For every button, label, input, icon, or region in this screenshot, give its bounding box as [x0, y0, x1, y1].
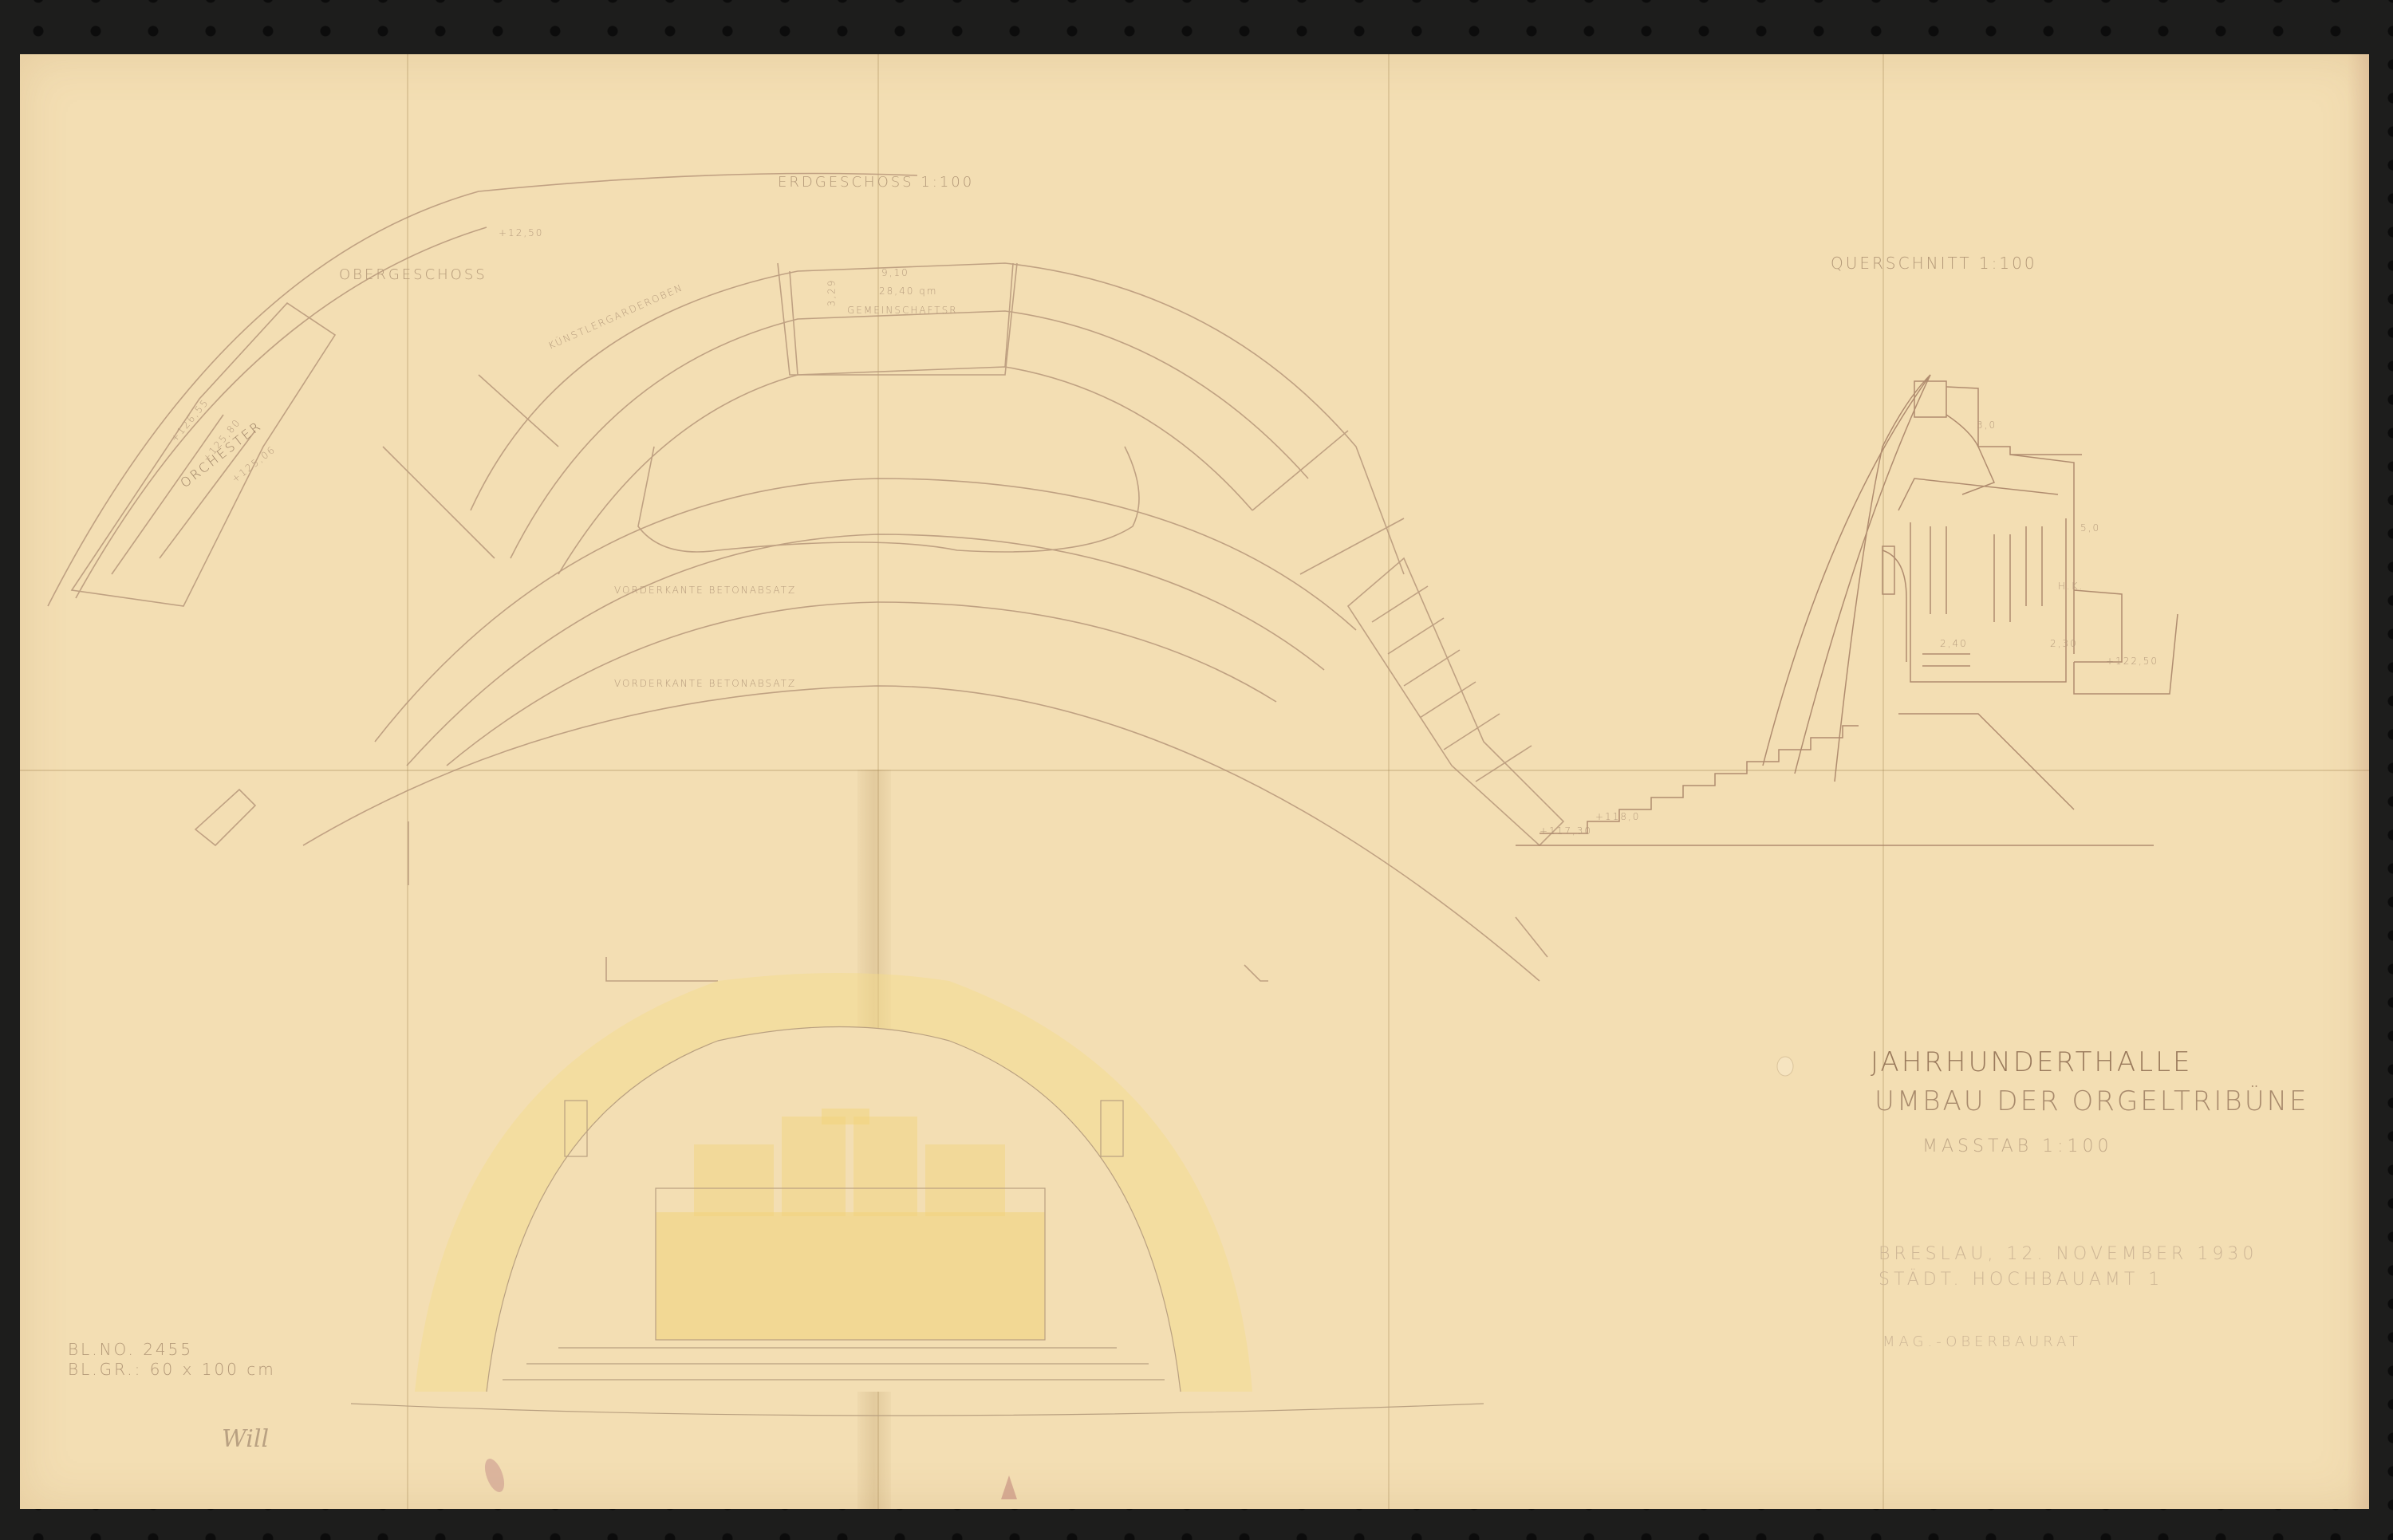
title-signatory: MAG.-OBERBAURAT: [1882, 1333, 2082, 1350]
initials-signature: Will: [222, 1425, 269, 1453]
room-area: 28,40 qm: [879, 286, 937, 297]
section-room-label: H.K.: [2058, 581, 2084, 592]
cross-section-label: QUERSCHNITT 1:100: [1831, 254, 2037, 273]
title-place-date: BRESLAU, 12. NOVEMBER 1930: [1879, 1244, 2257, 1264]
section-level-1: +122,50: [2106, 656, 2158, 667]
section-level-3: +117,30: [1539, 825, 1592, 837]
section-level-2: +118,0: [1595, 811, 1640, 822]
title-project: JAHRHUNDERTHALLE: [1871, 1046, 2193, 1078]
title-subject: UMBAU DER ORGELTRIBÜNE: [1875, 1085, 2309, 1117]
title-scale: MASSTAB 1:100: [1922, 1136, 2113, 1156]
concrete-edge-label-2: VORDERKANTE BETONABSATZ: [614, 678, 796, 689]
section-dimension-2: 5,0: [2080, 522, 2100, 534]
room-width-dimension: 9,10: [881, 267, 909, 278]
upper-floor-level: +12,50: [499, 227, 543, 238]
sheet-size: BL.GR.: 60 x 100 cm: [68, 1360, 276, 1379]
upper-floor-label: OBERGESCHOSS: [339, 266, 487, 283]
concrete-edge-label-1: VORDERKANTE BETONABSATZ: [614, 585, 796, 596]
ground-floor-label: ERDGESCHOSS 1:100: [778, 174, 974, 191]
outer-arc: [48, 174, 917, 607]
organ-elevation: [351, 973, 1484, 1416]
section-dimension-4: 2,30: [2050, 638, 2078, 649]
section-dimension-3: 2,40: [1940, 638, 1968, 649]
common-room-label: GEMEINSCHAFTSR.: [847, 305, 962, 316]
title-office: STÄDT. HOCHBAUAMT 1: [1879, 1270, 2163, 1290]
architectural-linework: [0, 0, 2393, 1540]
section-dimension-1: 3,0: [1977, 419, 1997, 431]
sheet-number: BL.NO. 2455: [68, 1340, 193, 1359]
room-depth-dimension: 3,29: [826, 279, 837, 307]
